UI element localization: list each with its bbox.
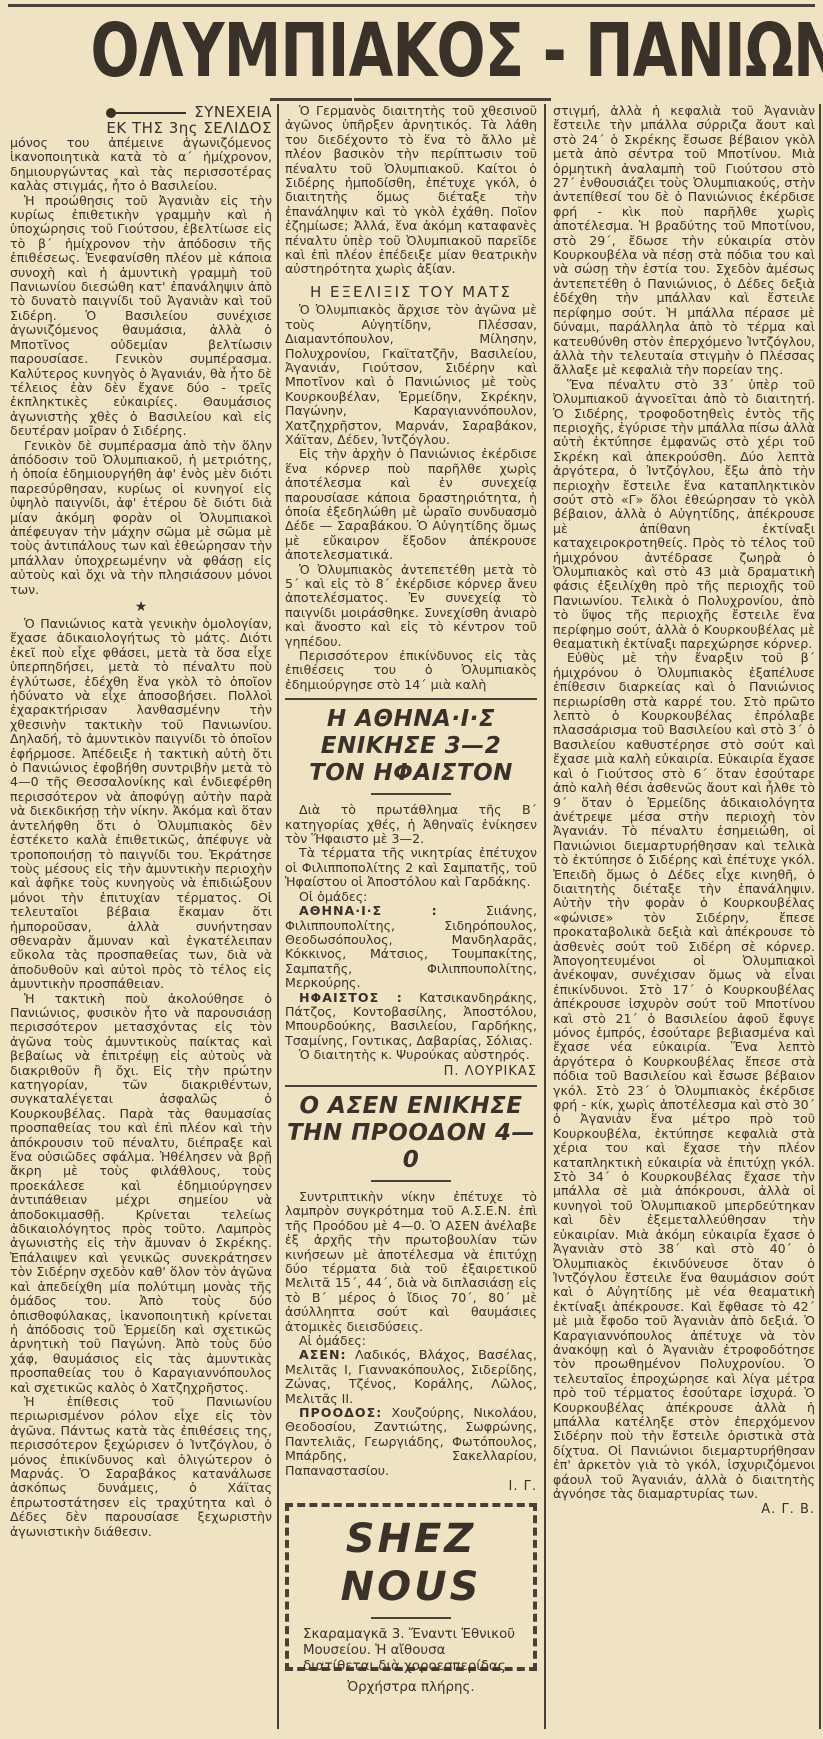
top-rule: [8, 4, 815, 7]
article-paragraph: Εἰς τὴν ἀρχὴν ὁ Πανιώνιος ἐκέρδισε ἕνα κ…: [285, 447, 537, 562]
column-3: στιγμή, ἀλλὰ ἡ κεφαλιὰ τοῦ Ἀγανιὰν ἔστει…: [553, 104, 815, 1518]
section-divider: [285, 1085, 537, 1087]
headline-divider: [371, 793, 451, 795]
column-divider: [544, 104, 546, 1729]
headline-divider: [371, 1180, 451, 1182]
column-divider: [277, 104, 279, 1729]
headline-divider: [270, 98, 352, 101]
team-lineup: ΑΣΕΝ: Λαδικός, Βλάχος, Βασέλας, Μελιτᾶς …: [285, 1348, 537, 1406]
article-paragraph: Ὁ Πανιώνιος κατὰ γενικὴν ὁμολογίαν, ἔχασ…: [10, 617, 272, 992]
athinais-headline-3: ΤΟΝ ΗΦΑΙΣΤΟΝ: [285, 760, 537, 787]
team-name: ΗΦΑΙΣΤΟΣ :: [299, 990, 403, 1005]
byline: Π. ΛΟΥΡΙΚΑΣ: [285, 1065, 537, 1079]
section-divider: [285, 698, 537, 700]
ad-title: SHEZ NOUS: [303, 1515, 519, 1611]
continuation-page-ref: ΕΚ ΤΗΣ 3ης ΣΕΛΙΔΟΣ: [10, 120, 272, 136]
article-paragraph: Περισσότερον ἐπικίνδυνος εἰς τὰς ἐπιθέσε…: [285, 649, 537, 692]
athinais-headline-1: Η ΑΘΗΝΑ·Ι·Σ: [285, 706, 537, 733]
column-2: Ὁ Γερμανὸς διαιτητὴς τοῦ χθεσινοῦ ἀγῶνος…: [285, 104, 537, 1671]
advertisement-box: SHEZ NOUS Σκαραμαγκᾶ 3. Ἔναντι Ἐθνικοῦ Μ…: [285, 1503, 537, 1671]
continuation-header: ΣΥΝΕΧΕΙΑ: [10, 104, 272, 120]
team-name: ΑΣΕΝ:: [299, 1347, 347, 1362]
team-lineup: ΑΘΗΝΑ·Ι·Σ : Σιιάνης, Φιλιππουπολίτης, Σι…: [285, 904, 537, 990]
article-paragraph: Ὁ Γερμανὸς διαιτητὴς τοῦ χθεσινοῦ ἀγῶνος…: [285, 104, 537, 277]
article-paragraph: Ἕνα πέναλτυ στὸ 33΄ ὑπὲρ τοῦ Ὀλυμπιακοῦ …: [553, 378, 815, 652]
newspaper-page: ΟΛΥΜΠΙΑΚΟΣ - ΠΑΝΙΩΝΙΟΣ ΣΥΝΕΧΕΙΑ ΕΚ ΤΗΣ 3…: [0, 0, 823, 1739]
ad-body: Σκαραμαγκᾶ 3. Ἔναντι Ἐθνικοῦ Μουσείου. Ἡ…: [303, 1627, 519, 1675]
article-paragraph: Εὐθὺς μὲ τὴν ἔναρξιν τοῦ β΄ ἡμιχρόνου ὁ …: [553, 651, 815, 1501]
referee-note: Ὁ διαιτητὴς κ. Ψυρούκας αὐστηρός.: [285, 1048, 537, 1062]
team-lineup: ΠΡΟΟΔΟΣ: Χουζούρης, Νικολάου, Θεοδοσίου,…: [285, 1406, 537, 1478]
article-paragraph: Συντριπτικὴν νίκην ἐπέτυχε τὸ λαμπρὸν συ…: [285, 1190, 537, 1334]
article-paragraph: μόνος του ἀπέμεινε ἀγωνιζόμενος ἱκανοποι…: [10, 136, 272, 194]
article-paragraph: στιγμή, ἀλλὰ ἡ κεφαλιὰ τοῦ Ἀγανιὰν ἔστει…: [553, 104, 815, 378]
article-paragraph: Οἱ ὁμάδες:: [285, 890, 537, 904]
article-paragraph: Τὰ τέρματα τῆς νικητρίας ἐπέτυχον οἱ Φιλ…: [285, 846, 537, 889]
team-lineup: ΗΦΑΙΣΤΟΣ : Κατσικανδηράκης, Πάτζος, Κοντ…: [285, 991, 537, 1049]
column-divider: [819, 104, 821, 1729]
section-subheading: Η ΕΞΕΛΙΞΙΣ ΤΟΥ ΜΑΤΣ: [285, 285, 537, 299]
article-paragraph: Ἡ προώθησις τοῦ Ἀγανιὰν εἰς τὴν κυρίως ἐ…: [10, 194, 272, 439]
bullet-icon: [106, 108, 116, 118]
team-name: ΑΘΗΝΑ·Ι·Σ :: [299, 903, 438, 918]
star-icon: ★: [10, 599, 272, 615]
page-headline: ΟΛΥΜΠΙΑΚΟΣ - ΠΑΝΙΩΝΙΟΣ: [91, 10, 733, 92]
byline: Ι. Γ.: [285, 1480, 537, 1494]
article-paragraph: Αἱ ὁμάδες:: [285, 1334, 537, 1348]
article-paragraph: Ὁ Ὀλυμπιακὸς ἄρχισε τὸν ἀγῶνα μὲ τοὺς Αὐ…: [285, 303, 537, 447]
article-paragraph: Ἡ τακτικὴ ποὺ ἀκολούθησε ὁ Πανιώνιος, φυ…: [10, 992, 272, 1395]
byline: Α. Γ. Β.: [553, 1503, 815, 1517]
ad-divider: [371, 1617, 451, 1619]
asen-headline-2: ΤΗΝ ΠΡΟΟΔΟΝ 4—0: [285, 1120, 537, 1174]
asen-headline-1: Ο ΑΣΕΝ ΕΝΙΚΗΣΕ: [285, 1093, 537, 1120]
article-paragraph: Ἡ ἐπίθεσις τοῦ Πανιωνίου περιωρισμένον ρ…: [10, 1395, 272, 1539]
headline-divider: [354, 98, 551, 101]
column-1: ΣΥΝΕΧΕΙΑ ΕΚ ΤΗΣ 3ης ΣΕΛΙΔΟΣ μόνος του ἀπ…: [10, 104, 272, 1539]
ad-footer: Ὀρχήστρα πλήρης.: [303, 1681, 519, 1695]
article-paragraph: Ὁ Ὀλυμπιακὸς ἀντεπετέθη μετὰ τὸ 5΄ καὶ ε…: [285, 563, 537, 649]
article-paragraph: Διὰ τὸ πρωτάθλημα τῆς Β΄ κατηγορίας χθές…: [285, 803, 537, 846]
article-paragraph: Γενικὸν δὲ συμπέρασμα ἀπὸ τὴν ὅλην ἀπόδο…: [10, 439, 272, 597]
athinais-headline-2: ΕΝΙΚΗΣΕ 3—2: [285, 733, 537, 760]
team-name: ΠΡΟΟΔΟΣ:: [299, 1405, 382, 1420]
